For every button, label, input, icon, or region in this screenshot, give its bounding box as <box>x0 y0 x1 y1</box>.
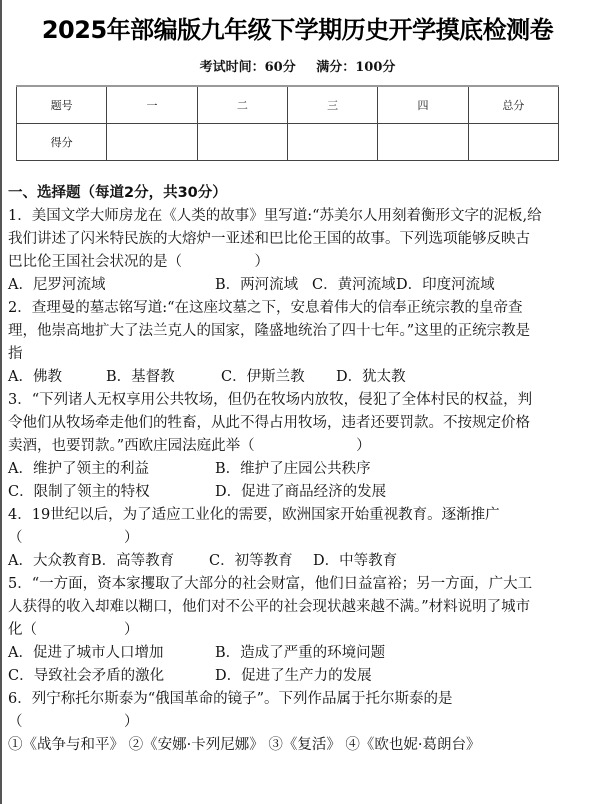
option-row: A．佛教B．基督教C．伊斯兰教D．犹太教 <box>8 366 583 389</box>
score-header-cell: 二 <box>197 86 287 124</box>
answer-option[interactable]: C．初等教育 <box>209 550 313 573</box>
score-cell <box>378 124 468 161</box>
score-header-cell: 总分 <box>468 86 558 124</box>
question-6: 6．列宁称托尔斯泰为“俄国革命的镜子”。下列作品属于托尔斯泰的是（ ）①《战争与… <box>8 688 583 757</box>
question-text-line: 巴比伦王国社会状况的是（ ） <box>8 251 583 274</box>
answer-option[interactable]: A．维护了领主的利益 <box>8 458 215 481</box>
question-1: 1．美国文学大师房龙在《人类的故事》里写道:“苏美尔人用刻着衡形文字的泥板,给我… <box>8 205 583 297</box>
score-cell <box>468 124 558 161</box>
answer-option[interactable]: D．促进了商品经济的发展 <box>215 481 386 504</box>
option-row: A．大众教育B．高等教育C．初等教育D．中等教育 <box>8 550 583 573</box>
question-4: 4．19世纪以后，为了适应工业化的需要，欧洲国家开始重视教育。逐渐推广（ ）A．… <box>8 504 583 573</box>
score-cell <box>287 124 377 161</box>
exam-time: 考试时间：60分 <box>200 60 296 75</box>
score-header-cell: 四 <box>378 86 468 124</box>
question-text-line: 5．“一方面，资本家攫取了大部分的社会财富，他们日益富裕；另一方面，广大工 <box>8 573 583 596</box>
question-text-line: 1．美国文学大师房龙在《人类的故事》里写道:“苏美尔人用刻着衡形文字的泥板,给 <box>8 205 583 228</box>
answer-option[interactable]: D．中等教育 <box>313 550 397 573</box>
answer-option[interactable]: A．大众教育 <box>8 550 91 573</box>
answer-option[interactable]: C．黄河流域 <box>312 274 396 297</box>
score-cell <box>197 124 287 161</box>
option-row: A．维护了领主的利益B．维护了庄园公共秩序 <box>8 458 583 481</box>
question-text-line: 理，他崇高地扩大了法兰克人的国家，隆盛地统治了四十七年。”这里的正统宗教是 <box>8 320 583 343</box>
question-text-line: 指 <box>8 343 583 366</box>
question-text-line: 4．19世纪以后，为了适应工业化的需要，欧洲国家开始重视教育。逐渐推广 <box>8 504 583 527</box>
answer-option[interactable]: C．伊斯兰教 <box>221 366 336 389</box>
score-cell <box>107 124 197 161</box>
answer-option[interactable]: A．促进了城市人口增加 <box>8 642 215 665</box>
option-row: C．导致社会矛盾的激化D．促进了生产力的发展 <box>8 665 583 688</box>
option-row: A．促进了城市人口增加B．造成了严重的环境问题 <box>8 642 583 665</box>
page-left-border <box>0 0 2 804</box>
question-5: 5．“一方面，资本家攫取了大部分的社会财富，他们日益富裕；另一方面，广大工人获得… <box>8 573 583 688</box>
question-text-line: （ ） <box>8 527 583 550</box>
question-text-line: 人获得的收入却难以糊口，他们对不公平的社会现状越来越不满。”材料说明了城市 <box>8 596 583 619</box>
question-text-line: （ ） <box>8 711 583 734</box>
score-header-cell: 题号 <box>17 86 107 124</box>
question-list: 1．美国文学大师房龙在《人类的故事》里写道:“苏美尔人用刻着衡形文字的泥板,给我… <box>8 205 583 757</box>
answer-option[interactable]: A．尼罗河流域 <box>8 274 215 297</box>
answer-option[interactable]: D．促进了生产力的发展 <box>215 665 372 688</box>
answer-option[interactable]: C．限制了领主的特权 <box>8 481 215 504</box>
exam-title: 2025年部编版九年级下学期历史开学摸底检测卷 <box>0 10 595 45</box>
answer-option[interactable]: D．犹太教 <box>336 366 406 389</box>
exam-full-score: 满分：100分 <box>316 60 395 75</box>
answer-option[interactable]: B．维护了庄园公共秩序 <box>215 458 371 481</box>
answer-option[interactable]: B．两河流域 <box>215 274 312 297</box>
question-text-line: 化（ ） <box>8 619 583 642</box>
question-text-line: 卖酒，也要罚款。”西欧庄园法庭此举（ ） <box>8 435 583 458</box>
question-text-line: 3．“下列诸人无权享用公共牧场，但仍在牧场内放牧，侵犯了全体村民的权益，判 <box>8 389 583 412</box>
question-text-line: 6．列宁称托尔斯泰为“俄国革命的镜子”。下列作品属于托尔斯泰的是 <box>8 688 583 711</box>
score-header-cell: 三 <box>287 86 377 124</box>
exam-meta: 考试时间：60分 满分：100分 <box>0 56 595 75</box>
section-heading: 一、选择题（每道2分，共30分） <box>8 182 583 205</box>
score-header-cell: 一 <box>107 86 197 124</box>
question-text-line: 令他们从牧场牵走他们的牲畜，从此不得占用牧场，违者还要罚款。不按规定价格 <box>8 412 583 435</box>
answer-option[interactable]: A．佛教 <box>8 366 106 389</box>
option-row: C．限制了领主的特权D．促进了商品经济的发展 <box>8 481 583 504</box>
question-text-line: 我们讲述了闪米特民族的大熔炉一亚述和巴比伦王国的故事。下列选项能够反映古 <box>8 228 583 251</box>
answer-option[interactable]: D．印度河流域 <box>396 274 495 297</box>
score-table-header-row: 题号 一 二 三 四 总分 <box>17 86 559 124</box>
question-3: 3．“下列诸人无权享用公共牧场，但仍在牧场内放牧，侵犯了全体村民的权益，判令他们… <box>8 389 583 504</box>
score-row-label: 得分 <box>17 124 107 161</box>
score-table-score-row: 得分 <box>17 124 559 161</box>
question-text-line: 2．查理曼的墓志铭写道:“在这座坟墓之下，安息着伟大的信奉正统宗教的皇帝查 <box>8 297 583 320</box>
question-text-line: ①《战争与和平》 ②《安娜·卡列尼娜》 ③《复活》 ④《欧也妮·葛朗台》 <box>8 734 583 757</box>
exam-content: 一、选择题（每道2分，共30分） 1．美国文学大师房龙在《人类的故事》里写道:“… <box>8 182 583 757</box>
option-row: A．尼罗河流域B．两河流域C．黄河流域D．印度河流域 <box>8 274 583 297</box>
score-table: 题号 一 二 三 四 总分 得分 <box>16 85 559 161</box>
question-2: 2．查理曼的墓志铭写道:“在这座坟墓之下，安息着伟大的信奉正统宗教的皇帝查理，他… <box>8 297 583 389</box>
answer-option[interactable]: B．造成了严重的环境问题 <box>215 642 385 665</box>
answer-option[interactable]: B．基督教 <box>106 366 221 389</box>
answer-option[interactable]: B．高等教育 <box>91 550 209 573</box>
answer-option[interactable]: C．导致社会矛盾的激化 <box>8 665 215 688</box>
